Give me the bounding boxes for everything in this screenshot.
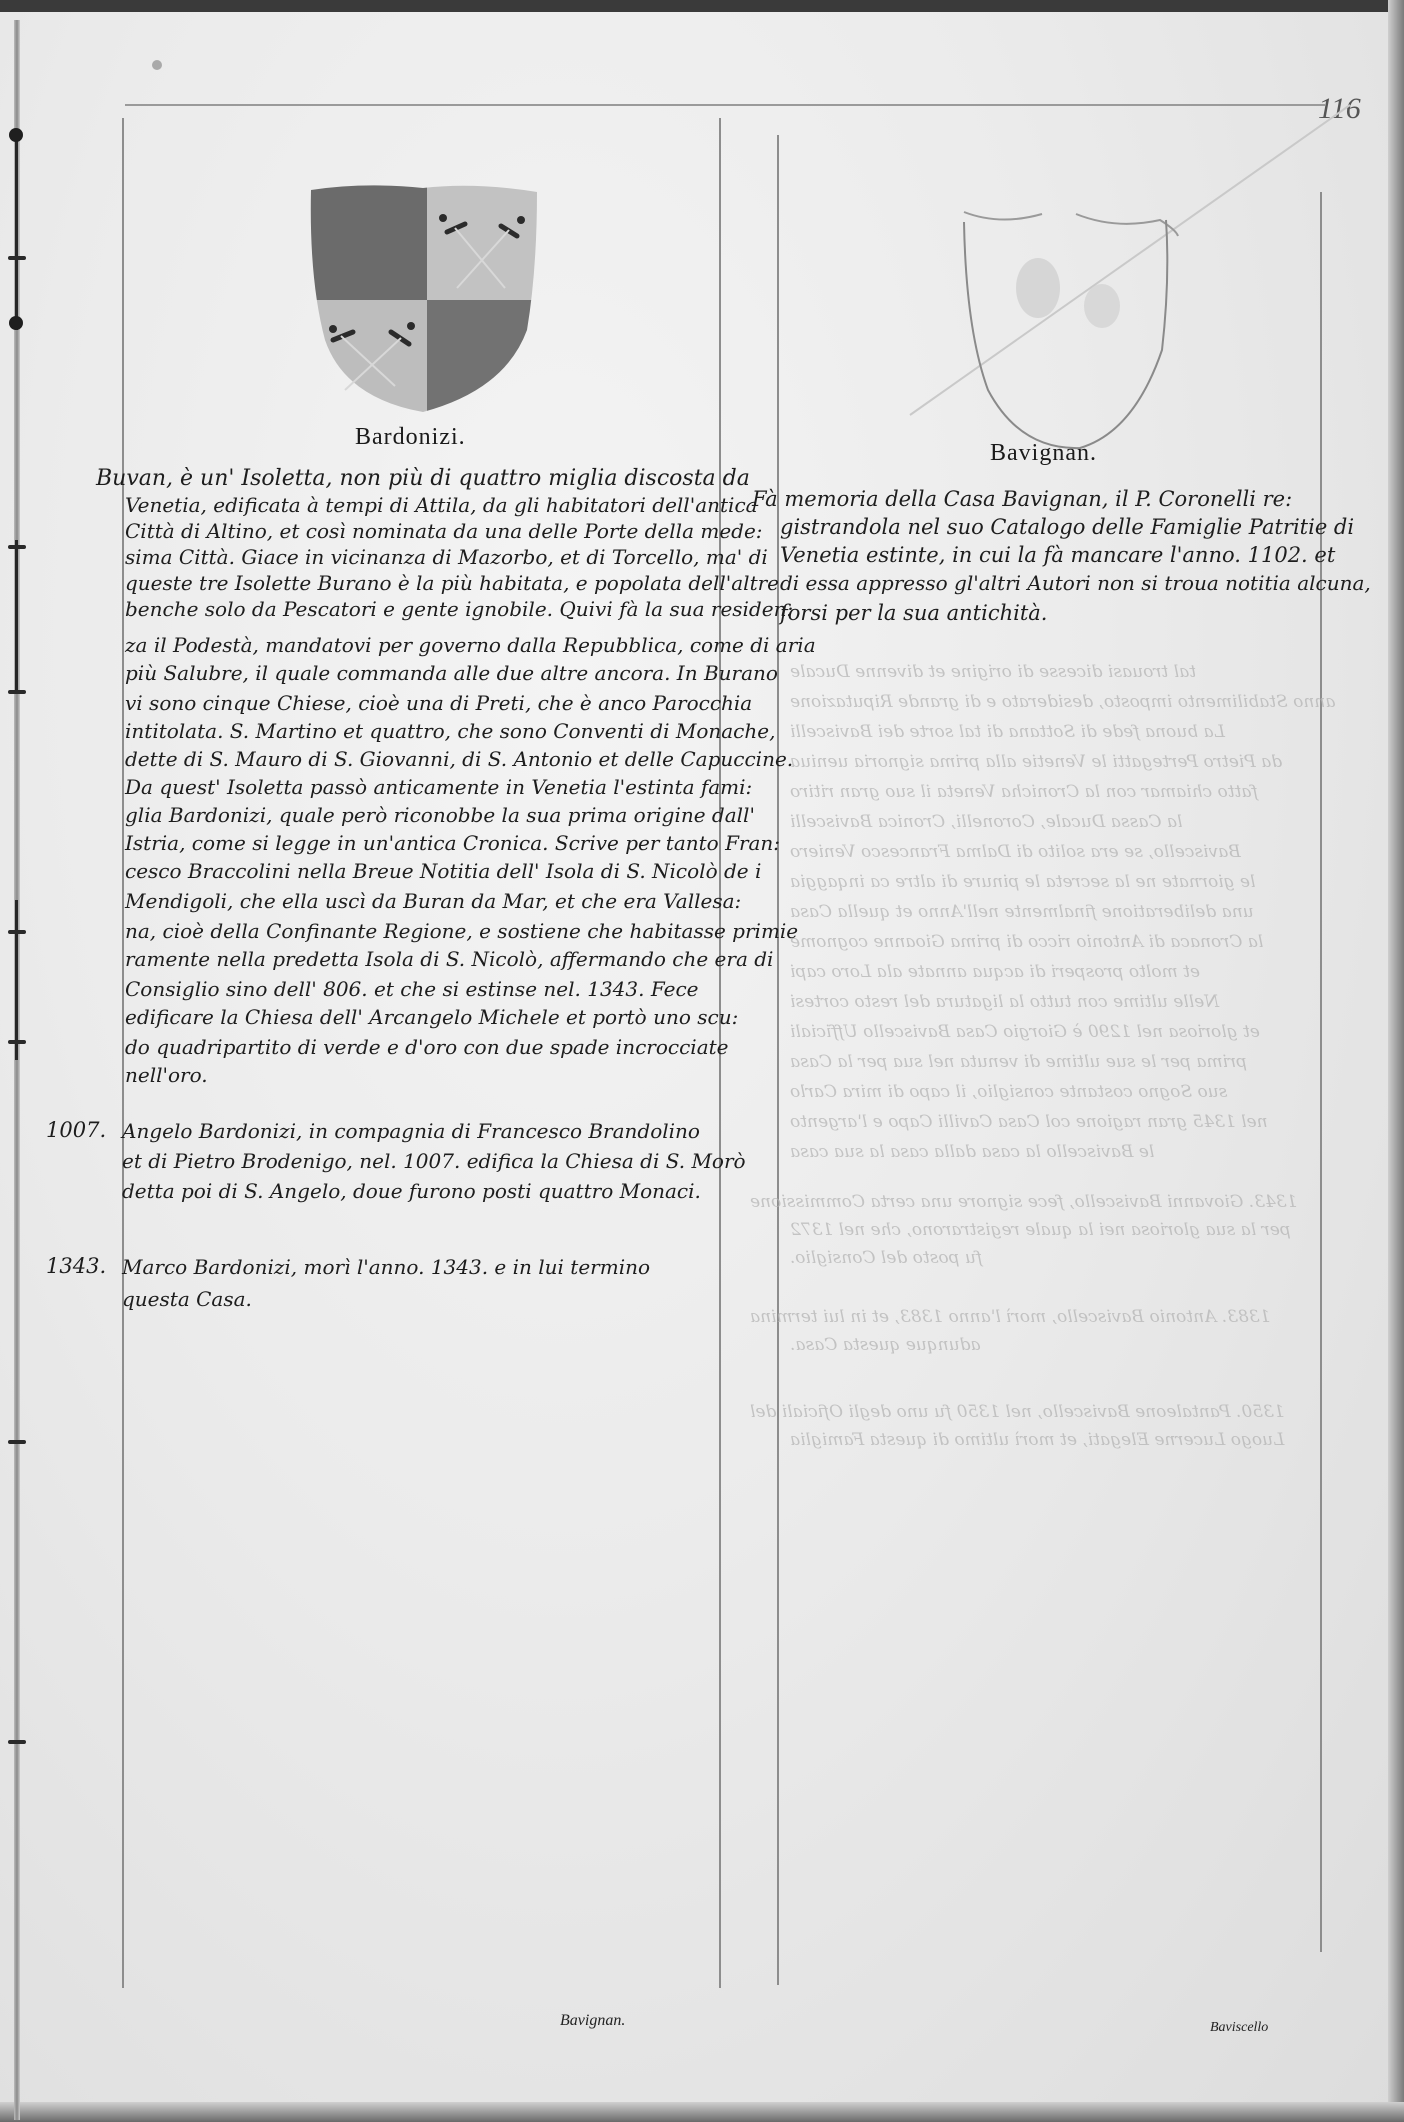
body-line: edificare la Chiesa dell' Arcangelo Mich… — [125, 1004, 738, 1030]
body-line: za il Podestà, mandatovi per governo dal… — [125, 632, 816, 658]
body-line: nell'oro. — [125, 1062, 208, 1088]
bleed-line: fatto chiamar con la Cronicha Veneta il … — [790, 780, 1258, 804]
body-line: queste tre Isolette Burano è la più habi… — [125, 570, 779, 596]
bleed-line: le giornate ne la secreta le pinure di a… — [790, 870, 1255, 894]
bleed-line: suo Sogno costante consiglio, il capo di… — [790, 1080, 1227, 1104]
binding-thread — [15, 900, 18, 1060]
bleed-line: La buona fede di Sottana di tal sorte de… — [790, 720, 1225, 744]
binding-stitch — [8, 1440, 26, 1444]
binding-stitch — [8, 690, 26, 694]
event-line: detta poi di S. Angelo, doue furono post… — [122, 1178, 701, 1204]
body-line: dette di S. Mauro di S. Giovanni, di S. … — [125, 746, 793, 772]
body-line: gistrandola nel suo Catalogo delle Famig… — [780, 514, 1354, 540]
binding-stitch — [8, 1040, 26, 1044]
binding-stitch — [8, 545, 26, 549]
bleed-line: 1343. Giovanni Baviscello, fece signore … — [750, 1190, 1297, 1214]
left-family-name: Bardonizi. — [355, 424, 466, 451]
left-margin-rule — [122, 118, 124, 1988]
bleed-line: per la sua gloriosa nei la quale registr… — [790, 1218, 1291, 1242]
body-line: Consiglio sino dell' 806. et che si esti… — [125, 976, 699, 1002]
body-line: na, cioè della Confinante Regione, e sos… — [125, 918, 798, 944]
event-line: Marco Bardonizi, morì l'anno. 1343. e in… — [122, 1254, 650, 1280]
manuscript-page: 116 — [0, 0, 1404, 2122]
footer-catchword-left: Bavignan. — [560, 2012, 625, 2030]
body-line: do quadripartito di verde e d'oro con du… — [125, 1034, 729, 1060]
bardonizi-coat-of-arms — [305, 180, 545, 420]
event-line: questa Casa. — [122, 1286, 252, 1312]
paper-speck — [152, 60, 162, 70]
binding-stitch — [8, 930, 26, 934]
scan-top-edge — [0, 0, 1404, 12]
bleed-line: le Baviscello la casa dalla casa la sua … — [790, 1140, 1154, 1164]
right-family-name: Bavignan. — [990, 440, 1097, 467]
body-line: Città di Altino, et così nominata da una… — [125, 518, 763, 544]
body-line: Fà memoria della Casa Bavignan, il P. Co… — [752, 486, 1292, 512]
event-line: et di Pietro Brodenigo, nel. 1007. edifi… — [122, 1148, 746, 1174]
bleed-line: tal trouasi dicesse di origine et divenn… — [790, 660, 1196, 684]
binding-stitch — [8, 256, 26, 260]
body-line: cesco Braccolini nella Breue Notitia del… — [125, 858, 761, 884]
body-line: Da quest' Isoletta passò anticamente in … — [125, 774, 752, 800]
bleed-line: fu posto del Consiglio. — [790, 1246, 982, 1270]
bleed-line: et gloriosa nel 1290 è Giorgio Casa Bavi… — [790, 1020, 1260, 1044]
body-line: benche solo da Pescatori e gente ignobil… — [125, 596, 793, 622]
binding-thread — [15, 130, 18, 330]
bavignan-coat-of-arms — [930, 200, 1190, 460]
bleed-line: la Cassa Ducale, Coronelli, Cronica Bavi… — [790, 810, 1182, 834]
bleed-line: 1350. Pantaleone Baviscello, nel 1350 fu… — [750, 1400, 1285, 1424]
bleed-line: adunque questa Casa. — [790, 1333, 981, 1357]
body-line: Istria, come si legge in un'antica Croni… — [125, 830, 780, 856]
bleed-line: prima per le sue ultime di venuta nel su… — [790, 1050, 1247, 1074]
bleed-line: Baviscello, se era solito di Dalma Franc… — [790, 840, 1241, 864]
bleed-line: Nelle ultime con tutto la ligatura del r… — [790, 990, 1219, 1014]
scan-bottom-edge — [0, 2102, 1404, 2122]
body-line: intitolata. S. Martino et quattro, che s… — [125, 718, 775, 744]
bleed-line: et molto prosperi di acqua annate ala Lo… — [790, 960, 1200, 984]
binding-knot — [9, 316, 23, 330]
body-line: forsi per la sua antichità. — [780, 600, 1047, 626]
binding-stitch — [8, 1740, 26, 1744]
body-line: Mendigoli, che ella uscì da Buran da Mar… — [125, 888, 741, 914]
book-binding — [14, 20, 20, 2120]
column-rule-right — [777, 135, 779, 1985]
binding-knot — [9, 128, 23, 142]
body-line: vi sono cinque Chiese, cioè una di Preti… — [125, 690, 752, 716]
binding-thread — [15, 540, 18, 690]
body-line: Buvan, è un' Isoletta, non più di quattr… — [96, 466, 750, 492]
bleed-line: anno Stabilimento imposto, desiderato e … — [790, 690, 1335, 714]
right-margin-rule — [1320, 192, 1322, 1952]
bleed-line: 1383. Antonio Baviscello, morì l'anno 13… — [750, 1305, 1270, 1329]
body-line: sima Città. Giace in vicinanza di Mazorb… — [125, 544, 768, 570]
event-line: Angelo Bardonizi, in compagnia di France… — [122, 1118, 700, 1144]
footer-catchword-right: Baviscello — [1210, 2020, 1268, 2036]
body-line: ramente nella predetta Isola di S. Nicol… — [125, 946, 773, 972]
body-line: più Salubre, il quale commanda alle due … — [125, 660, 778, 686]
event-year: 1007. — [46, 1118, 106, 1142]
bleed-line: da Pietro Pertegatti le Venetie alla pri… — [790, 750, 1282, 774]
bleed-line: la Cronaca di Antonio ricco di prima Gio… — [790, 930, 1263, 954]
body-line: Venetia estinte, in cui la fà mancare l'… — [780, 542, 1335, 568]
scan-right-edge — [1388, 0, 1404, 2122]
body-line: di essa appresso gl'altri Autori non si … — [780, 570, 1371, 596]
bleed-line: una deliberatione finalmente nell'Anno e… — [790, 900, 1254, 924]
body-line: Venetia, edificata à tempi di Attila, da… — [125, 492, 758, 518]
body-line: glia Bardonizi, quale però riconobbe la … — [125, 802, 755, 828]
bleed-line: nel 1345 gran ragione col Casa Cavilli C… — [790, 1110, 1268, 1134]
event-year: 1343. — [46, 1254, 106, 1278]
bleed-line: Luogo Lucerne Elegati, et morì ultimo di… — [790, 1428, 1284, 1452]
